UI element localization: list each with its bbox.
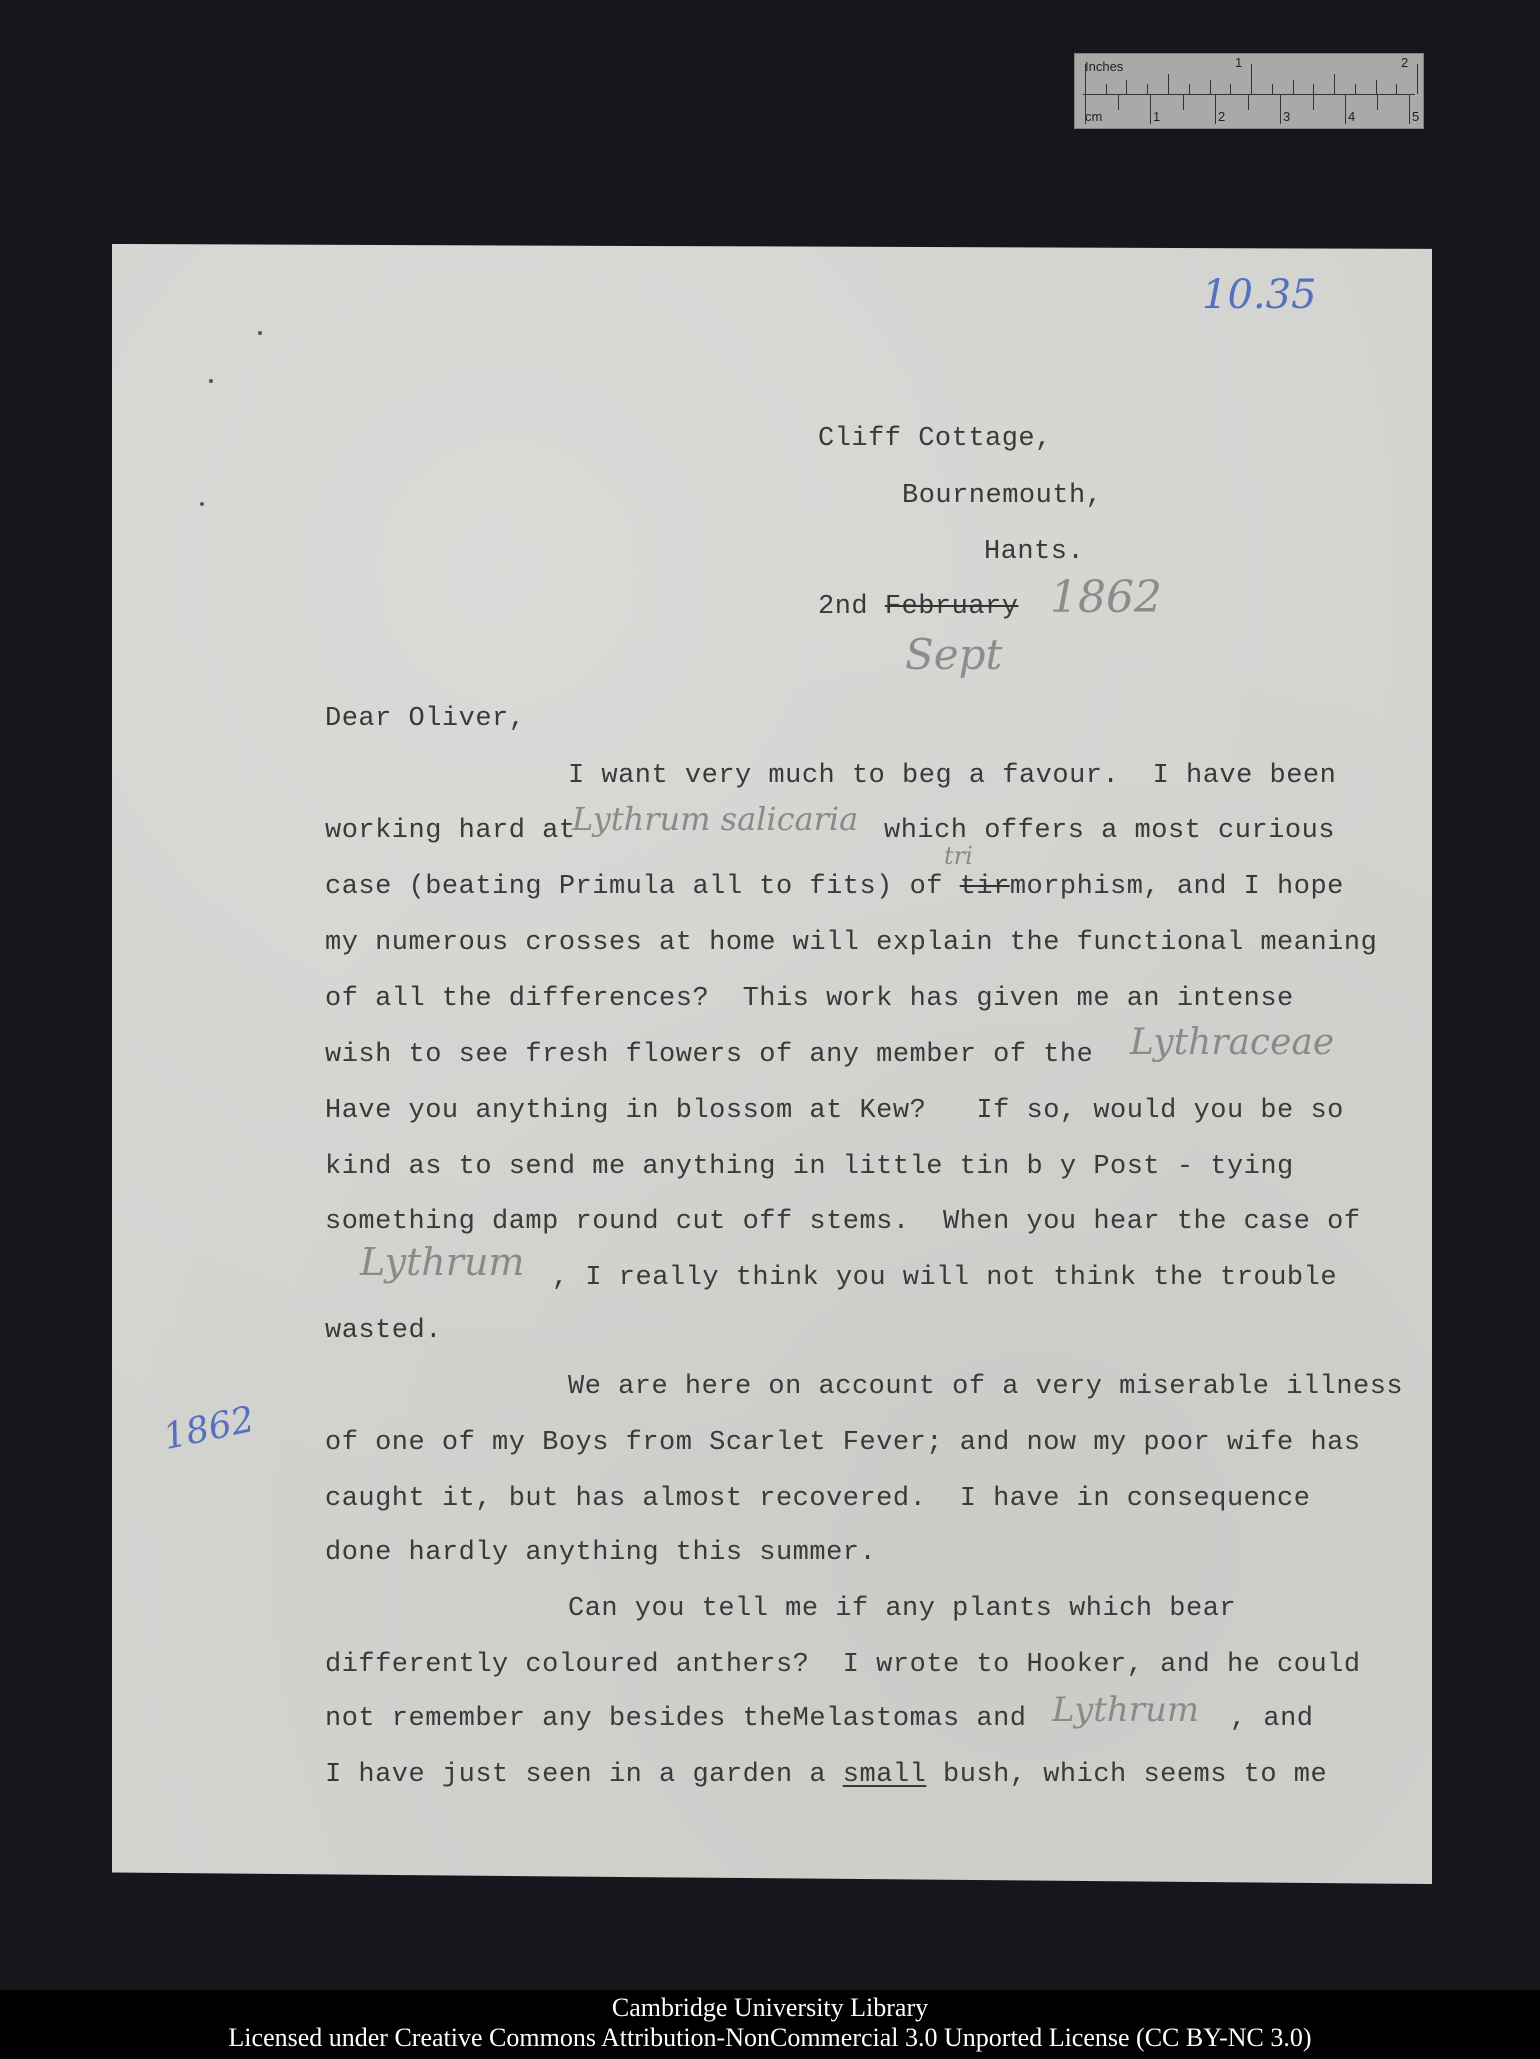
body-line: I want very much to beg a favour. I have… — [568, 761, 1336, 791]
body-line: I have just seen in a garden a small bus… — [325, 1760, 1327, 1790]
body-line: wasted. — [325, 1316, 442, 1346]
handwritten-insert: Lythrum — [1052, 1690, 1199, 1730]
body-line: kind as to send me anything in little ti… — [325, 1152, 1294, 1182]
body-line: something damp round cut off stems. When… — [325, 1207, 1361, 1237]
underlined-word: small — [843, 1760, 927, 1790]
body-line: Can you tell me if any plants which bear — [568, 1594, 1236, 1624]
address-line-2: Bournemouth, — [902, 481, 1102, 511]
struck-text: tir — [960, 872, 1010, 902]
body-line: case (beating Primula all to fits) of ti… — [325, 872, 1344, 902]
license-text: Licensed under Creative Commons Attribut… — [0, 2023, 1540, 2053]
body-line: of all the differences? This work has gi… — [325, 984, 1294, 1014]
ruler-unit-cm: cm — [1085, 110, 1102, 123]
handwritten-insert: Lythrum salicaria — [572, 800, 858, 838]
ruler-cm-4: 4 — [1348, 110, 1355, 123]
institution-name: Cambridge University Library — [0, 1990, 1540, 2023]
body-line: caught it, but has almost recovered. I h… — [325, 1484, 1310, 1514]
address-line-3: Hants. — [984, 537, 1084, 567]
salutation: Dear Oliver, — [325, 704, 525, 734]
ruler-axis — [1083, 94, 1415, 95]
ruler-inch-2: 2 — [1401, 56, 1408, 69]
handwritten-insert: Lythraceae — [1130, 1022, 1334, 1063]
date-day: 2nd — [818, 592, 868, 622]
date-month-correction: Sept — [905, 630, 1002, 679]
letter-date: 2nd February — [818, 592, 1018, 622]
license-footer: Cambridge University Library Licensed un… — [0, 1990, 1540, 2059]
ruler-unit-inches: Inches — [1085, 60, 1123, 73]
body-line: working hard at — [325, 816, 576, 846]
body-line: wish to see fresh flowers of any member … — [325, 1040, 1093, 1070]
body-line: , and — [1230, 1704, 1314, 1734]
ruler-cm-3: 3 — [1283, 110, 1290, 123]
date-year-handwritten: 1862 — [1050, 572, 1162, 623]
body-line: my numerous crosses at home will explain… — [325, 928, 1377, 958]
ruler-cm-5: 5 — [1412, 110, 1419, 123]
ruler-cm-2: 2 — [1218, 110, 1225, 123]
ruler-inch-1: 1 — [1235, 56, 1242, 69]
date-month-struck: February — [885, 592, 1019, 622]
body-line: not remember any besides theMelastomas a… — [325, 1704, 1027, 1734]
folio-number: 10.35 — [1202, 272, 1317, 318]
body-line: differently coloured anthers? I wrote to… — [325, 1650, 1361, 1680]
body-line: Have you anything in blossom at Kew? If … — [325, 1096, 1344, 1126]
scale-ruler: Inches 1 2 cm 1 2 3 4 5 — [1074, 53, 1424, 129]
body-line: We are here on account of a very miserab… — [568, 1372, 1403, 1402]
body-line: done hardly anything this summer. — [325, 1538, 876, 1568]
ruler-cm-1: 1 — [1153, 110, 1160, 123]
address-line-1: Cliff Cottage, — [818, 424, 1052, 454]
handwritten-insert: Lythrum — [360, 1240, 524, 1284]
body-line: of one of my Boys from Scarlet Fever; an… — [325, 1428, 1361, 1458]
handwritten-insert: tri — [944, 842, 973, 870]
body-line: , I really think you will not think the … — [552, 1263, 1337, 1293]
